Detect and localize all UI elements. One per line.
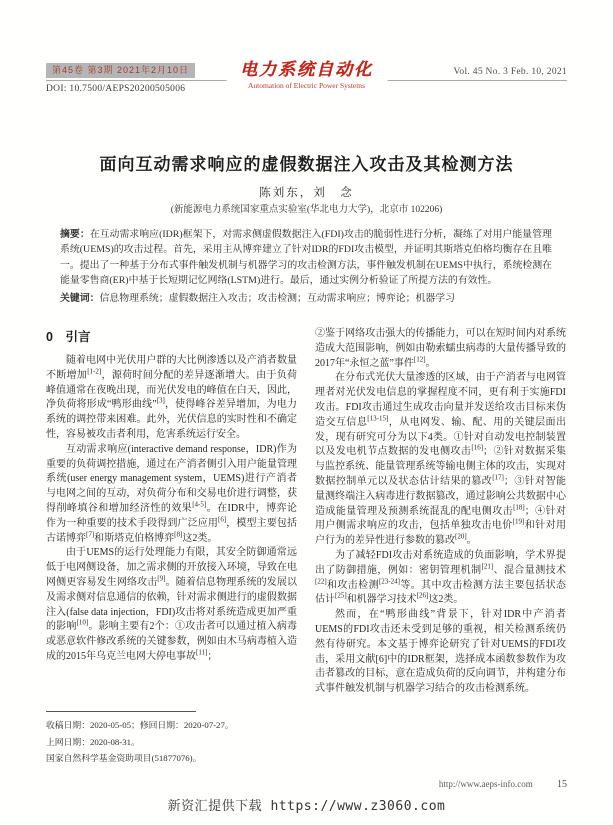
footnote-line-online: 上网日期：2020-08-31。: [46, 734, 302, 751]
abstract-block: 摘要：在互动需求响应(IDR)框架下，对需求侧虚假数据注入(FDI)攻击的脆弱性…: [60, 227, 552, 309]
paper-page: 第45卷 第3期 2021年2月10日 DOI: 10.7500/AEPS202…: [0, 0, 613, 825]
paragraph: 在分布式光伏大量渗透的区域，由于产消者与电网管理者对光伏发电信息的掌握程度不同，…: [315, 371, 566, 549]
journal-logo-en: Automation of Electric Power Systems: [240, 81, 373, 90]
keywords-label: 关键词：: [60, 293, 100, 304]
keywords-text: 信息物理系统；虚假数据注入攻击；攻击检测；互动需求响应；博弈论；机器学习: [100, 293, 456, 304]
abstract: 摘要：在互动需求响应(IDR)框架下，对需求侧虚假数据注入(FDI)攻击的脆弱性…: [60, 227, 552, 288]
article-title: 面向互动需求响应的虚假数据注入攻击及其检测方法: [0, 150, 613, 175]
authors: 陈刘东，刘 念: [0, 184, 613, 200]
page-number: 15: [557, 779, 567, 790]
journal-logo-cn: 电力系统自动化: [240, 60, 373, 80]
journal-header: 第45卷 第3期 2021年2月10日 DOI: 10.7500/AEPS202…: [46, 63, 567, 99]
page-footer: http://www.aeps-info.com 15: [46, 779, 567, 790]
intro-left-column: 0 引言 随着电网中光伏用户群的大比例渗透以及产消者数量不断增加[1-2]，源荷…: [46, 327, 297, 697]
doi-text: DOI: 10.7500/AEPS20200505006: [46, 84, 185, 94]
volume-info: Vol. 45 No. 3 Feb. 10, 2021: [454, 67, 568, 77]
paragraph: 互动需求响应(interactive demand response，IDR)作…: [46, 443, 297, 547]
paragraph: ②鉴于网络攻击强大的传播能力，可以在短时间内对系统造成大范围影响，例如由勒索蠕虫…: [315, 327, 566, 371]
body-columns: 0 引言 随着电网中光伏用户群的大比例渗透以及产消者数量不断增加[1-2]，源荷…: [46, 327, 567, 697]
footnote-line-funding: 国家自然科学基金资助项目(51877076)。: [46, 750, 302, 767]
footnote-line-received: 收稿日期：2020-05-05；修回日期：2020-07-27。: [46, 717, 302, 734]
paragraph: 由于UEMS的运行处理能力有限，其安全防御通常远低于电网侧设备，加之需求侧的开放…: [46, 546, 297, 664]
keywords: 关键词：信息物理系统；虚假数据注入攻击；攻击检测；互动需求响应；博弈论；机器学习: [60, 291, 552, 306]
download-watermark: 新资汇提供下载 https://www.z3060.com: [0, 795, 613, 814]
intro-right-column: ②鉴于网络攻击强大的传播能力，可以在短时间内对系统造成大范围影响，例如由勒索蠕虫…: [315, 327, 566, 697]
footnote: 收稿日期：2020-05-05；修回日期：2020-07-27。 上网日期：20…: [46, 711, 302, 767]
affiliation: (新能源电力系统国家重点实验室(华北电力大学)，北京市 102206): [0, 201, 613, 215]
paragraph: 然而，在“鸭形曲线”背景下，针对IDR中产消者UEMS的FDI攻击还未受到足够的…: [315, 608, 566, 697]
paragraph: 为了减轻FDI攻击对系统造成的负面影响，学术界提出了防御措施，例如：密钥管理机制…: [315, 549, 566, 608]
issue-badge: 第45卷 第3期 2021年2月10日: [46, 63, 195, 78]
section-heading-introduction: 0 引言: [46, 327, 297, 345]
journal-url: http://www.aeps-info.com: [439, 779, 533, 789]
abstract-label: 摘要：: [60, 229, 90, 240]
paragraph: 随着电网中光伏用户群的大比例渗透以及产消者数量不断增加[1-2]，源荷时间分配的…: [46, 354, 297, 443]
abstract-text: 在互动需求响应(IDR)框架下，对需求侧虚假数据注入(FDI)攻击的脆弱性进行分…: [60, 229, 552, 286]
footnote-divider: [46, 711, 196, 712]
journal-logo: 电力系统自动化 Automation of Electric Power Sys…: [226, 60, 387, 90]
